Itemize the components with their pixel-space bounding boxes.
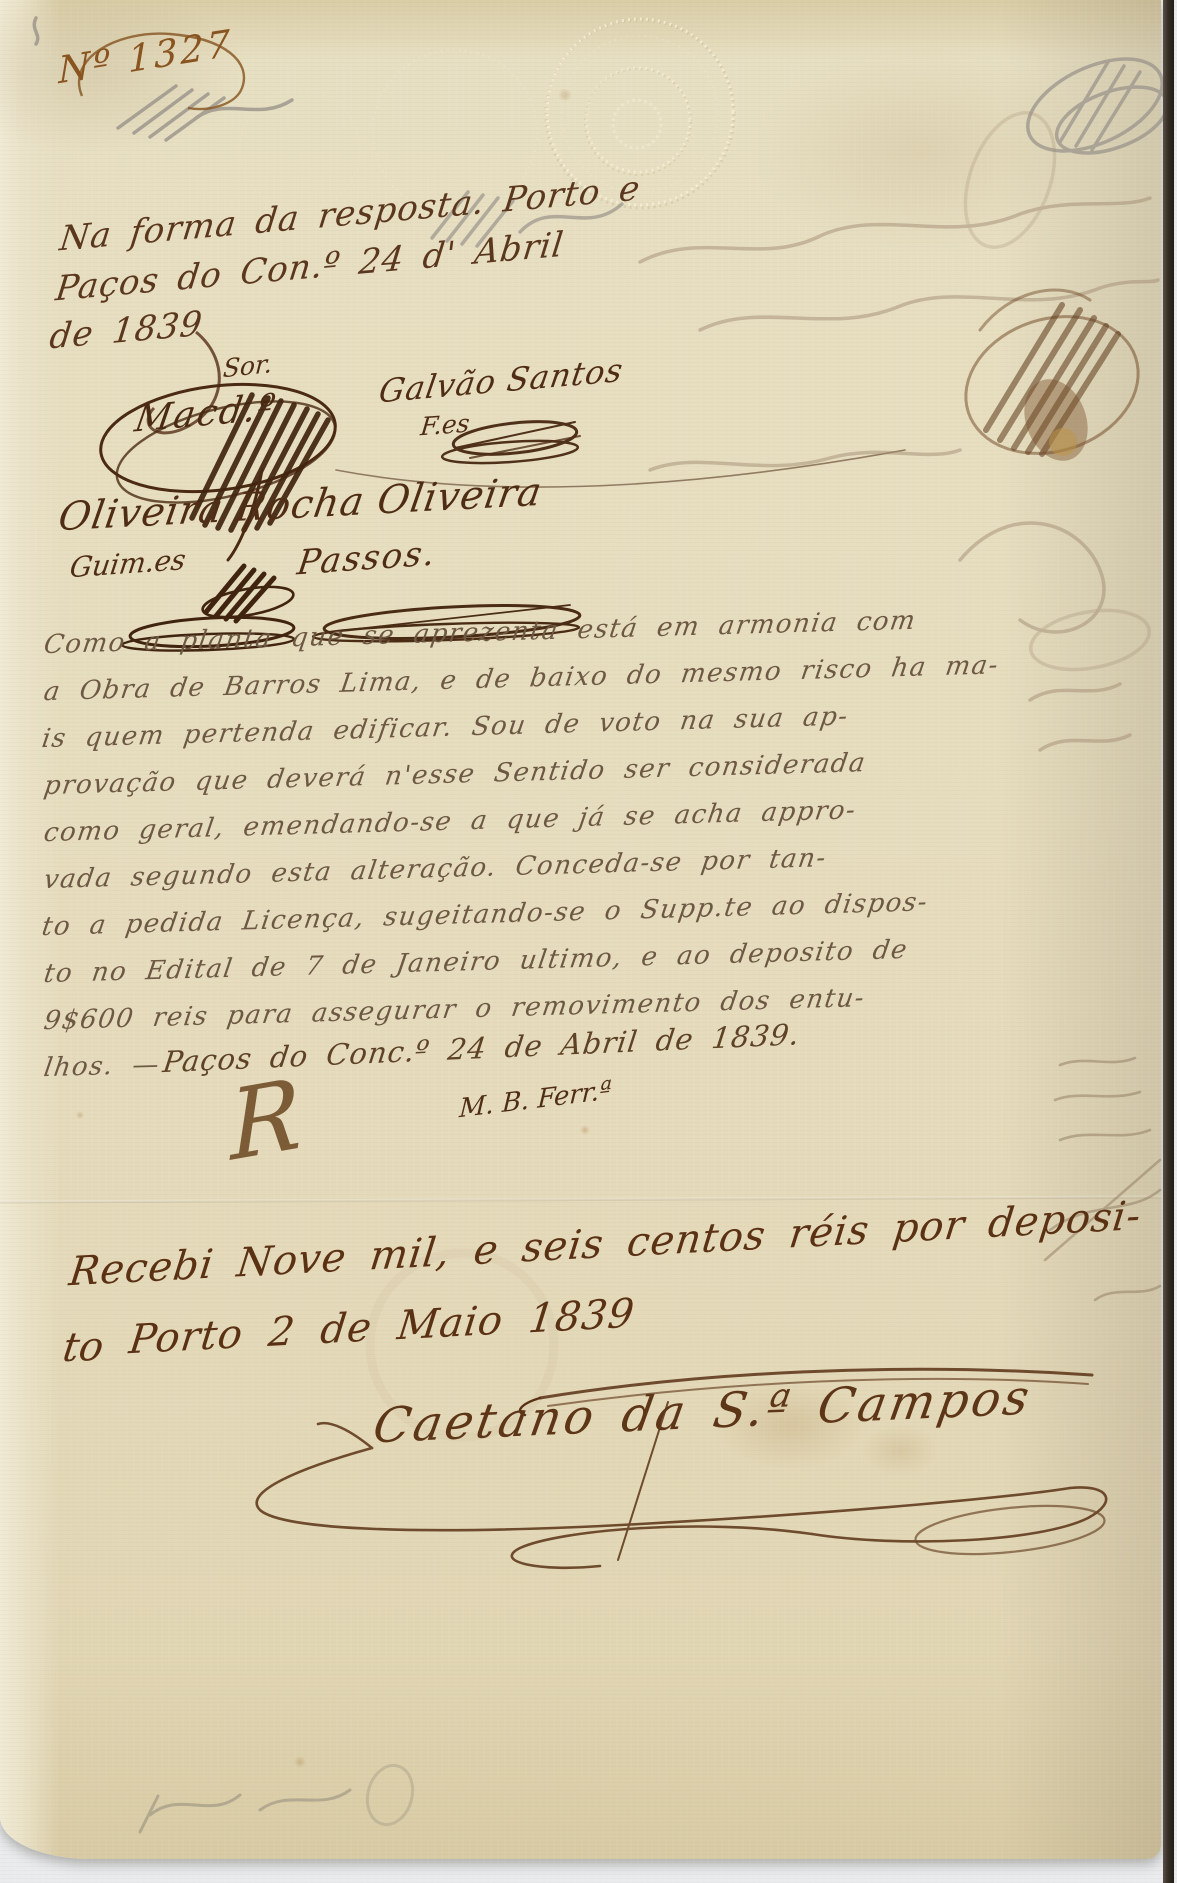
signature-second-initials: F.es xyxy=(419,411,471,440)
manuscript-scan: Nº 1327 Na forma da resposta. Porto e Pa… xyxy=(0,0,1177,1883)
signature-first-superscript: Sor. xyxy=(222,351,273,381)
rubric-letter: R xyxy=(228,1065,303,1174)
signature-fifth: Passos. xyxy=(295,536,439,580)
receipt-line-2-prefix: to xyxy=(60,1327,106,1369)
binding-edge xyxy=(1163,0,1174,1883)
signature-fourth: Guim.es xyxy=(68,546,187,582)
opinion-line-10: lhos. — xyxy=(42,1052,162,1081)
